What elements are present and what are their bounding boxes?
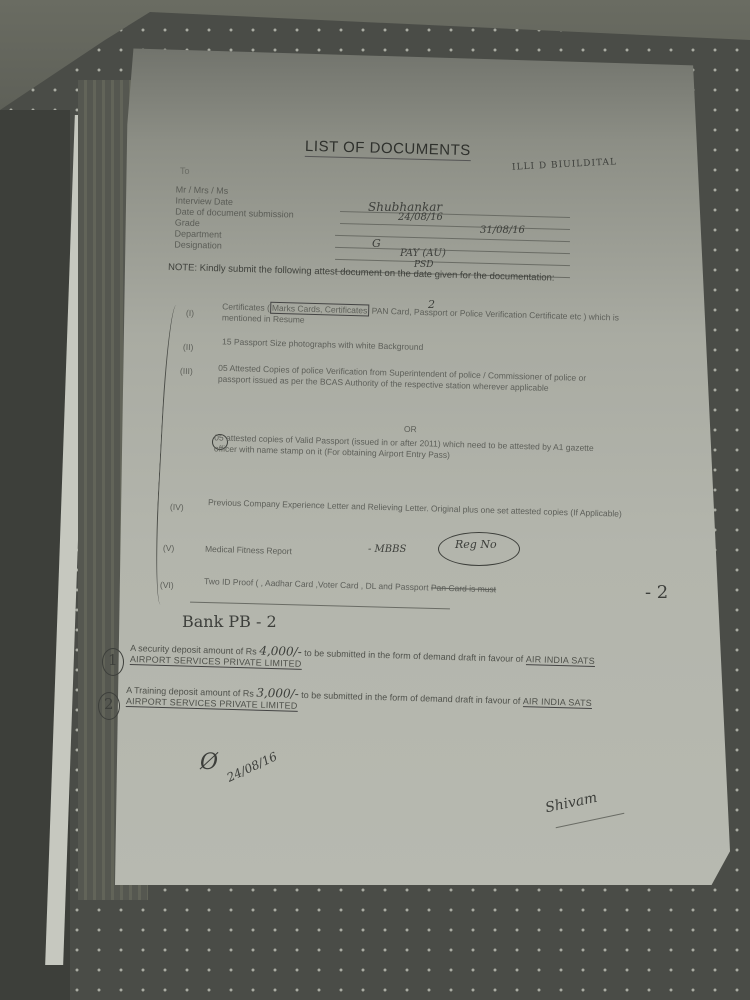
deposit-number: 2 — [104, 695, 114, 713]
field-value-department: PAY (AU) — [400, 248, 446, 259]
circled-annotation: Reg No — [455, 538, 497, 551]
item-annotation: - 2 — [645, 582, 668, 603]
extra-handwritten-note: Bank PB - 2 — [182, 612, 277, 631]
item-number: (III) — [180, 366, 193, 376]
item-number: (I) — [186, 308, 194, 318]
item-number: (VI) — [160, 580, 174, 590]
field-labels: Mr / Mrs / Ms Interview Date Date of doc… — [174, 184, 294, 253]
item-annotation: - MBBS — [368, 544, 406, 555]
deposit-number: 1 — [108, 651, 118, 669]
or-separator: OR — [404, 424, 417, 435]
field-value-submission-date: 31/08/16 — [480, 225, 525, 236]
to-label: To — [180, 166, 190, 176]
item-number: (II) — [183, 342, 194, 352]
field-value-interview-date: 24/08/16 — [398, 212, 443, 223]
item-number: (V) — [163, 543, 175, 553]
field-value-grade: G — [372, 237, 381, 250]
item-annotation: 2 — [428, 298, 435, 311]
signature-left: Ø — [200, 750, 218, 775]
item-number: (IV) — [170, 502, 184, 512]
